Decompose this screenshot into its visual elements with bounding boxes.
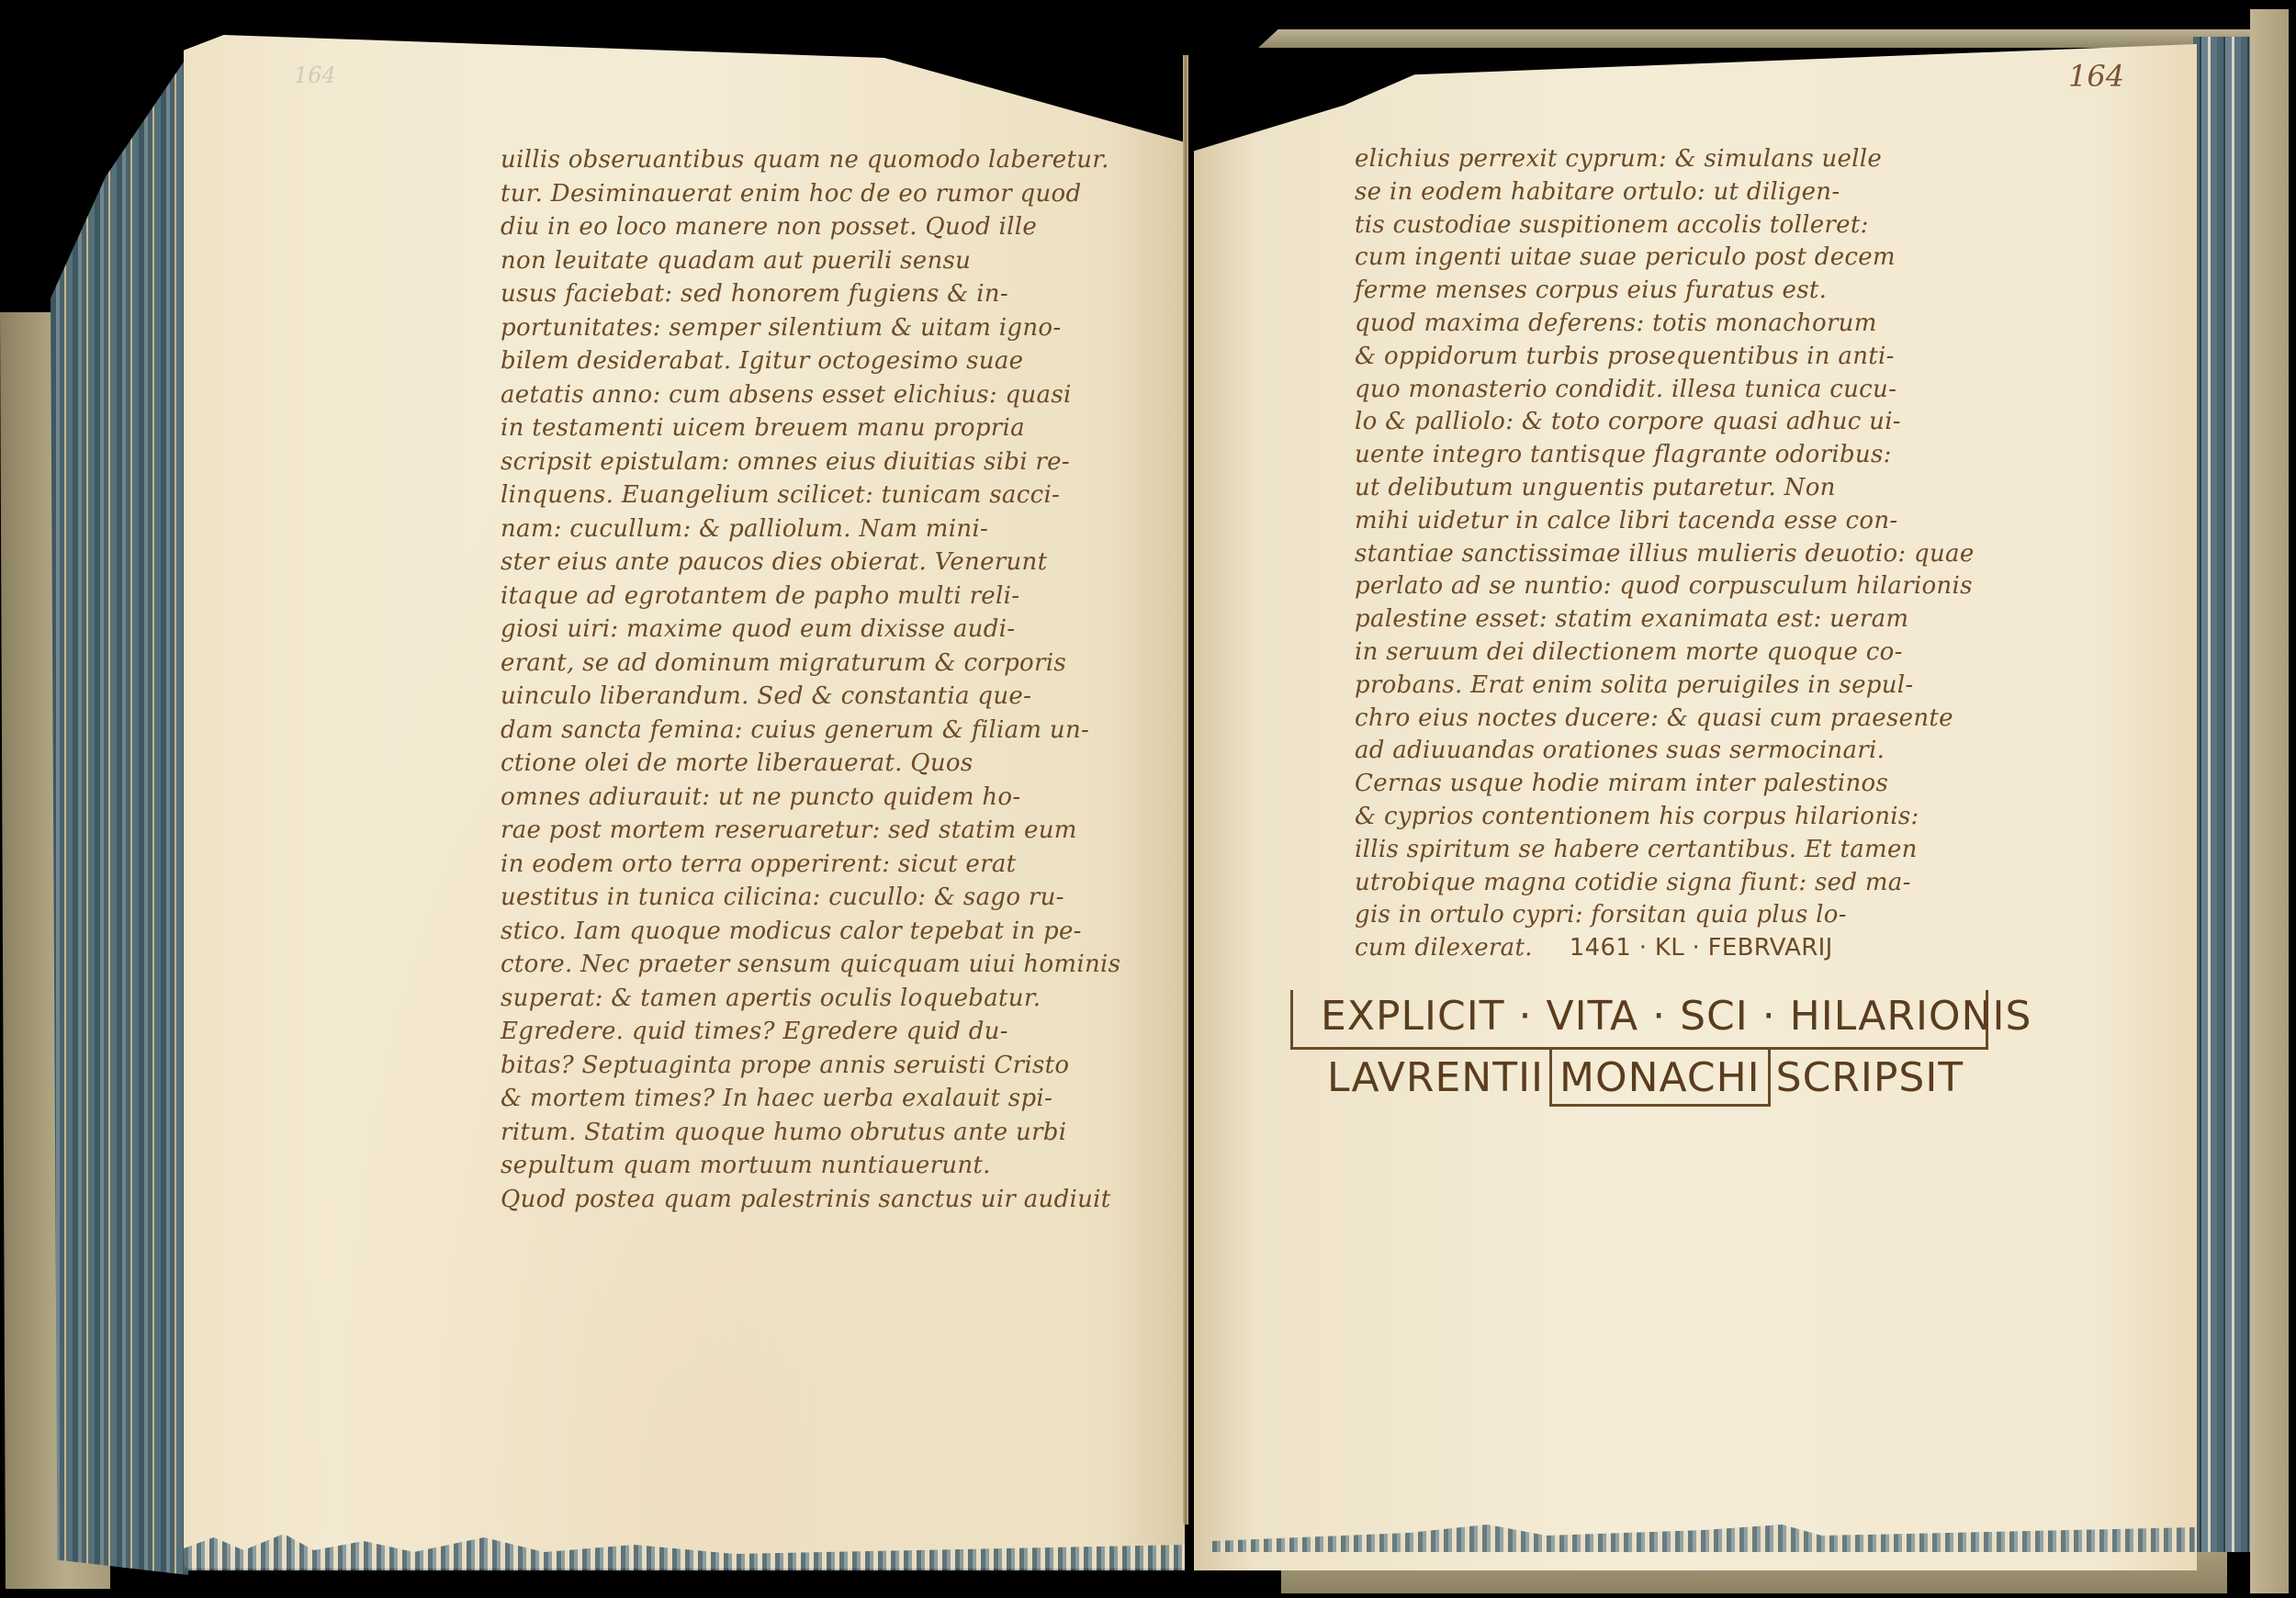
text-line: in testamenti uicem breuem manu propria <box>501 411 1107 445</box>
colophon-line-2: LAVRENTII MONACHI SCRIPSIT <box>1290 1050 1988 1107</box>
text-line: cum dilexerat.1461 · KL · FEBRVARIJ <box>1355 932 1979 965</box>
book-cover-top-right <box>1258 29 2250 48</box>
text-line: non leuitate quadam aut puerili sensu <box>501 244 1107 278</box>
text-line: ferme menses corpus eius furatus est. <box>1355 275 1979 308</box>
text-line: uillis obseruantibus quam ne quomodo lab… <box>501 143 1107 177</box>
text-line: ritum. Statim quoque humo obrutus ante u… <box>501 1116 1107 1150</box>
text-line: Cernas usque hodie miram inter palestino… <box>1355 768 1979 801</box>
text-line: aetatis anno: cum absens esset elichius:… <box>501 378 1107 412</box>
text-line: quod maxima deferens: totis monachorum <box>1355 308 1979 341</box>
text-line: & cyprios contentionem his corpus hilari… <box>1355 801 1979 834</box>
text-line: dam sancta femina: cuius generum & filia… <box>501 714 1107 748</box>
text-line: giosi uiri: maxime quod eum dixisse audi… <box>501 613 1107 647</box>
text-line: tur. Desiminauerat enim hoc de eo rumor … <box>501 177 1107 211</box>
text-line: linquens. Euangelium scilicet: tunicam s… <box>501 478 1107 512</box>
text-line: in eodem orto terra opperirent: sicut er… <box>501 848 1107 882</box>
text-line: uente integro tantisque flagrante odorib… <box>1355 439 1979 472</box>
right-text-block: elichius perrexit cyprum: & simulans uel… <box>1355 143 1979 965</box>
text-line: bilem desiderabat. Igitur octogesimo sua… <box>501 344 1107 378</box>
left-text-block: uillis obseruantibus quam ne quomodo lab… <box>501 143 1107 1216</box>
text-line: chro eius noctes ducere: & quasi cum pra… <box>1355 703 1979 736</box>
text-line: nam: cucullum: & palliolum. Nam mini- <box>501 512 1107 546</box>
text-line: se in eodem habitare ortulo: ut diligen- <box>1355 176 1979 209</box>
text-line: ad adiuuandas orationes suas sermocinari… <box>1355 735 1979 768</box>
book-cover-right-edge <box>2250 9 2289 1593</box>
fore-edge-right <box>2193 37 2250 1552</box>
text-line: palestine esset: statim exanimata est: u… <box>1355 603 1979 636</box>
colophon-scribe-name: LAVRENTII <box>1327 1050 1544 1107</box>
text-line: gis in ortulo cypri: forsitan quia plus … <box>1355 899 1979 932</box>
text-line: usus faciebat: sed honorem fugiens & in- <box>501 277 1107 311</box>
text-line: superat: & tamen apertis oculis loquebat… <box>501 982 1107 1016</box>
text-line: portunitates: semper silentium & uitam i… <box>501 311 1107 345</box>
text-line: ctore. Nec praeter sensum quicquam uiui … <box>501 948 1107 982</box>
text-line: utrobique magna cotidie signa fiunt: sed… <box>1355 867 1979 900</box>
text-line: quo monasterio condidit. illesa tunica c… <box>1355 374 1979 407</box>
colophon-scripsit: SCRIPSIT <box>1776 1050 1964 1107</box>
text-line: rae post mortem reseruaretur: sed statim… <box>501 814 1107 848</box>
gutter <box>1183 55 1188 1525</box>
text-line: stico. Iam quoque modicus calor tepebat … <box>501 915 1107 949</box>
colophon-monachi: MONACHI <box>1549 1050 1771 1107</box>
fore-edge-left <box>51 55 188 1575</box>
text-line: sepultum quam mortuum nuntiauerunt. <box>501 1149 1107 1183</box>
text-line: uestitus in tunica cilicina: cucullo: & … <box>501 881 1107 915</box>
left-folio-ghost: 164 <box>294 62 336 88</box>
colophon: EXPLICIT · VITA · SCI · HILARIONIS LAVRE… <box>1290 990 1988 1107</box>
text-line: in seruum dei dilectionem morte quoque c… <box>1355 636 1979 670</box>
text-line: probans. Erat enim solita peruigiles in … <box>1355 670 1979 703</box>
date-note: 1461 · KL · FEBRVARIJ <box>1570 934 1833 962</box>
text-line: mihi uidetur in calce libri tacenda esse… <box>1355 505 1979 538</box>
folio-number: 164 <box>2068 59 2124 94</box>
text-line: cum ingenti uitae suae periculo post dec… <box>1355 242 1979 275</box>
text-line: & mortem times? In haec uerba exalauit s… <box>501 1082 1107 1116</box>
text-line: scripsit epistulam: omnes eius diuitias … <box>501 445 1107 479</box>
text-line: ster eius ante paucos dies obierat. Vene… <box>501 546 1107 580</box>
text-line: ut delibutum unguentis putaretur. Non <box>1355 472 1979 505</box>
text-line: itaque ad egrotantem de papho multi reli… <box>501 580 1107 613</box>
text-line: uinculo liberandum. Sed & constantia que… <box>501 680 1107 714</box>
text-line: & oppidorum turbis prosequentibus in ant… <box>1355 341 1979 374</box>
text-line: omnes adiurauit: ut ne puncto quidem ho- <box>501 781 1107 815</box>
text-line: elichius perrexit cyprum: & simulans uel… <box>1355 143 1979 176</box>
text-line: diu in eo loco manere non posset. Quod i… <box>501 210 1107 244</box>
text-line: Quod postea quam palestrinis sanctus uir… <box>501 1183 1107 1217</box>
text-line: stantiae sanctissimae illius mulieris de… <box>1355 538 1979 571</box>
text-line: perlato ad se nuntio: quod corpusculum h… <box>1355 570 1979 603</box>
text-line: Egredere. quid times? Egredere quid du- <box>501 1015 1107 1049</box>
text-line: lo & palliolo: & toto corpore quasi adhu… <box>1355 406 1979 439</box>
colophon-line-1: EXPLICIT · VITA · SCI · HILARIONIS <box>1290 990 1988 1050</box>
text-line: bitas? Septuaginta prope annis seruisti … <box>501 1049 1107 1083</box>
text-line: erant, se ad dominum migraturum & corpor… <box>501 647 1107 681</box>
text-line: illis spiritum se habere certantibus. Et… <box>1355 834 1979 867</box>
text-line: ctione olei de morte liberauerat. Quos <box>501 747 1107 781</box>
text-line: tis custodiae suspitionem accolis toller… <box>1355 209 1979 242</box>
